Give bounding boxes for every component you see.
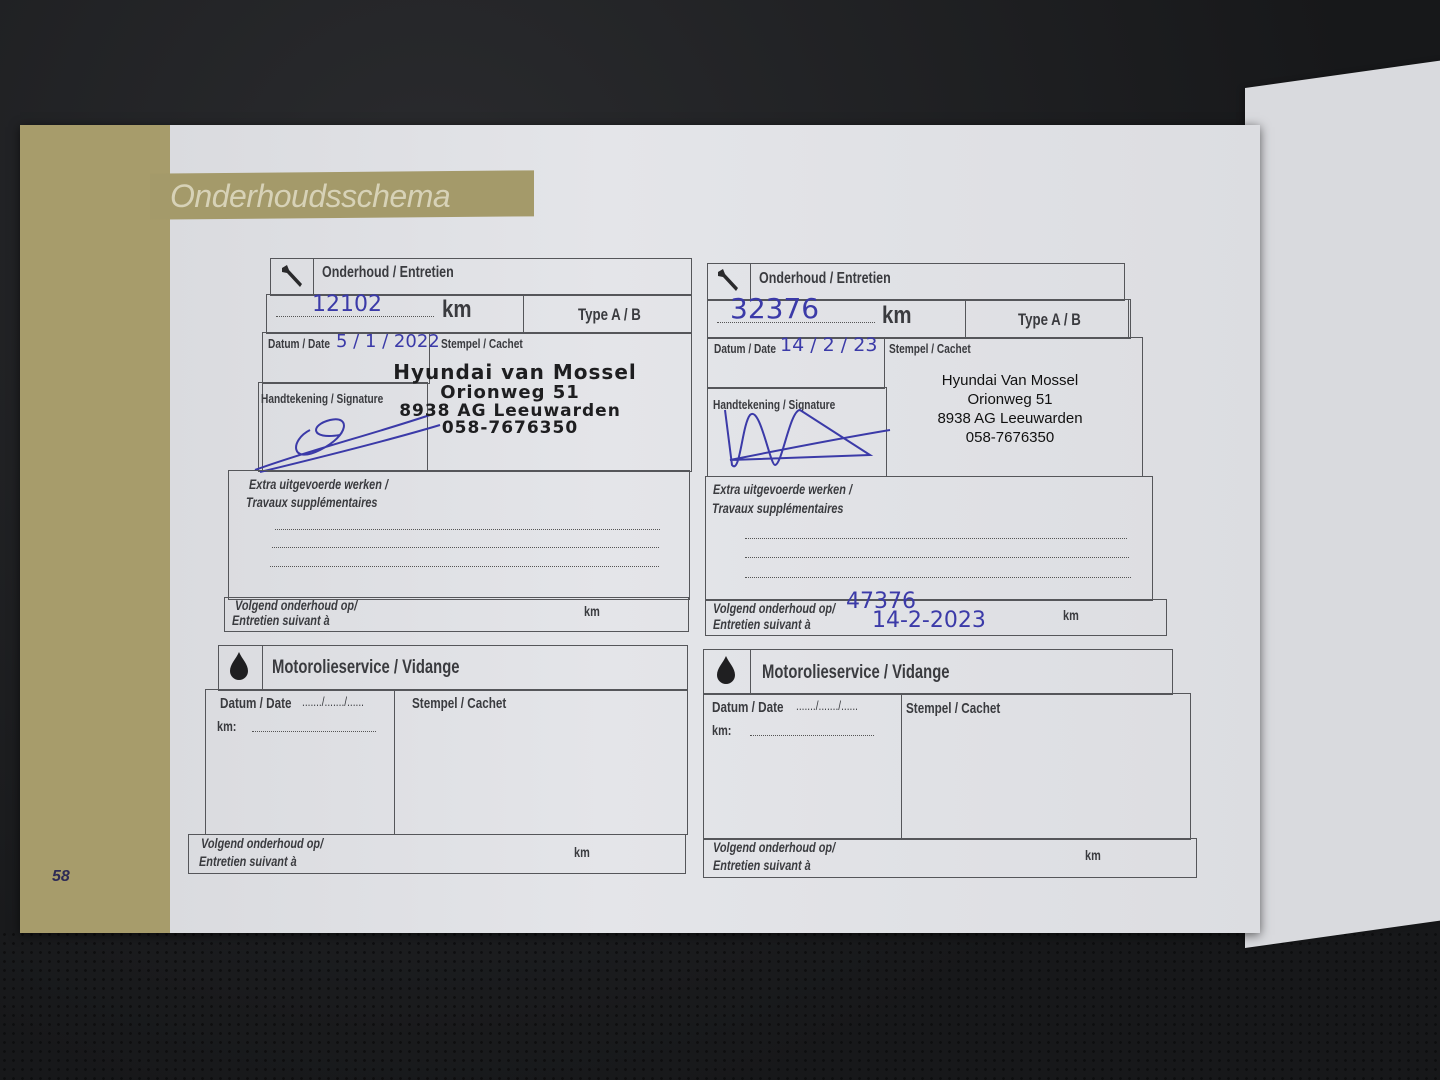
section-title: Onderhoudsschema bbox=[170, 178, 450, 215]
wrench-icon bbox=[714, 266, 742, 294]
form2-stamp-line-2: Orionweg 51 bbox=[890, 391, 1130, 408]
form2-stamp-line-4: 058-7676350 bbox=[890, 429, 1130, 446]
oil1-next-label-1: Volgend onderhoud op/ bbox=[201, 835, 323, 851]
form1-extra-line-2 bbox=[272, 547, 659, 548]
oil2-date-placeholder: ......./......./...... bbox=[796, 698, 858, 713]
form2-extra-line-3 bbox=[745, 577, 1131, 578]
oil2-date-label: Datum / Date bbox=[712, 699, 784, 716]
form1-next-label-2: Entretien suivant à bbox=[232, 612, 330, 628]
oil1-stamp-label: Stempel / Cachet bbox=[412, 695, 506, 712]
form2-next-label-2: Entretien suivant à bbox=[713, 616, 811, 632]
oil1-km-label: km: bbox=[217, 718, 236, 734]
form1-stamp-line-4: 058-7676350 bbox=[340, 418, 680, 438]
form2-extra-line-2 bbox=[745, 557, 1129, 558]
form2-next-unit: km bbox=[1063, 607, 1079, 623]
form1-type-label: Type A / B bbox=[578, 305, 641, 325]
form1-extra-line-3 bbox=[270, 566, 659, 567]
form2-extra-line-1 bbox=[745, 538, 1127, 539]
form2-extra-label-1: Extra uitgevoerde werken / bbox=[713, 481, 852, 497]
leather-texture bbox=[0, 930, 1440, 1080]
form1-extra-label-2: Travaux supplémentaires bbox=[246, 494, 378, 510]
oil1-next-label-2: Entretien suivant à bbox=[199, 853, 297, 869]
oil1-header-label: Motorolieservice / Vidange bbox=[272, 657, 460, 679]
form1-extra-line-1 bbox=[275, 529, 660, 530]
form2-stamp-line-3: 8938 AG Leeuwarden bbox=[890, 410, 1130, 427]
form2-next-label-1: Volgend onderhoud op/ bbox=[713, 600, 835, 616]
oil2-next-unit: km bbox=[1085, 847, 1101, 863]
form2-header-label: Onderhoud / Entretien bbox=[759, 270, 891, 288]
form1-header-label: Onderhoud / Entretien bbox=[322, 264, 454, 282]
oil2-stamp-label: Stempel / Cachet bbox=[906, 700, 1000, 717]
form1-extra-label-1: Extra uitgevoerde werken / bbox=[249, 476, 388, 492]
form1-next-unit: km bbox=[584, 603, 600, 619]
form2-next-date: 14-2-2023 bbox=[872, 608, 986, 633]
form1-stamp-line-1: Hyundai van Mossel bbox=[340, 360, 690, 384]
form1-stamp-label: Stempel / Cachet bbox=[441, 336, 523, 351]
oil2-km-label: km: bbox=[712, 722, 731, 738]
oil-drop-icon bbox=[715, 655, 737, 685]
oil1-date-placeholder: ......./......./...... bbox=[302, 694, 364, 709]
form2-stamp-label: Stempel / Cachet bbox=[889, 341, 971, 356]
form1-date-label: Datum / Date bbox=[268, 336, 330, 351]
form2-extra-label-2: Travaux supplémentaires bbox=[712, 500, 844, 516]
oil1-date-label: Datum / Date bbox=[220, 695, 292, 712]
next-page-edge bbox=[1245, 60, 1440, 948]
form2-stamp-line-1: Hyundai Van Mossel bbox=[890, 372, 1130, 389]
wrench-icon bbox=[278, 262, 306, 290]
form1-km-value: 12102 bbox=[312, 292, 382, 317]
oil2-next-label-1: Volgend onderhoud op/ bbox=[713, 839, 835, 855]
form1-next-label-1: Volgend onderhoud op/ bbox=[235, 597, 357, 613]
oil2-km-dots bbox=[750, 735, 874, 736]
form2-km-unit: km bbox=[882, 302, 911, 330]
oil2-next-label-2: Entretien suivant à bbox=[713, 857, 811, 873]
oil1-km-dots bbox=[252, 731, 376, 732]
form2-signature-scribble bbox=[720, 405, 900, 475]
page-number: 58 bbox=[52, 868, 70, 886]
form1-date-value: 5 / 1 / 2022 bbox=[336, 331, 440, 352]
form1-km-unit: km bbox=[442, 296, 471, 324]
form2-date-label: Datum / Date bbox=[714, 341, 776, 356]
oil2-header-label: Motorolieservice / Vidange bbox=[762, 662, 950, 684]
page-gold-strip bbox=[20, 125, 170, 933]
form2-date-value: 14 / 2 / 23 bbox=[780, 334, 877, 356]
form1-stamp-line-2: Orionweg 51 bbox=[340, 382, 680, 403]
oil1-next-unit: km bbox=[574, 844, 590, 860]
oil-drop-icon bbox=[228, 651, 250, 681]
form2-km-value: 32376 bbox=[730, 292, 819, 325]
form2-type-label: Type A / B bbox=[1018, 310, 1081, 330]
